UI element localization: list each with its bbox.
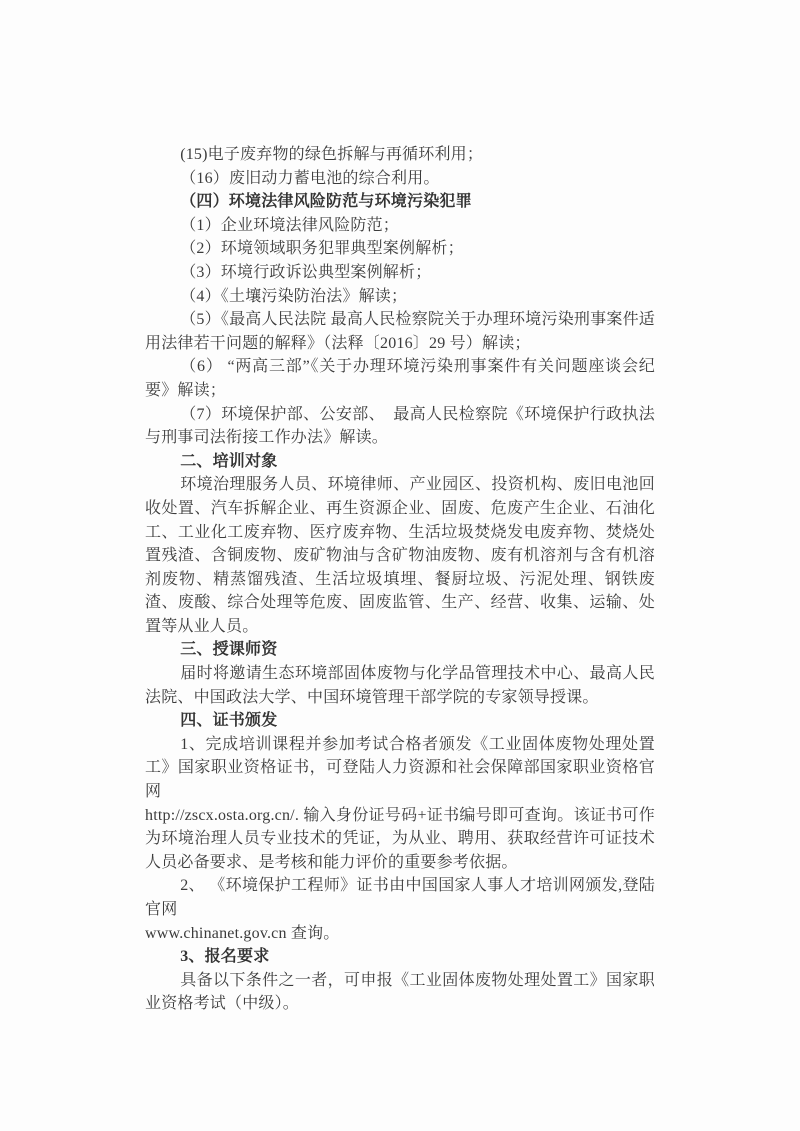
heading-section-four: （四）环境法律风险防范与环境污染犯罪 [145, 190, 655, 214]
paragraph-registration-requirements: 具备以下条件之一者，可申报《工业固体废物处理处置工》国家职业资格考试（中级）。 [145, 969, 655, 1016]
list-item-2: （2）环境领域职务犯罪典型案例解析； [145, 237, 655, 261]
heading-instructors: 三、授课师资 [145, 638, 655, 662]
list-item-4: （4）《土壤污染防治法》解读； [145, 285, 655, 309]
list-item-3: （3）环境行政诉讼典型案例解析； [145, 261, 655, 285]
list-item-7: （7）环境保护部、公安部、 最高人民检察院《环境保护行政执法与刑事司法衔接工作办… [145, 403, 655, 450]
heading-training-targets: 二、培训对象 [145, 450, 655, 474]
list-item-1: （1）企业环境法律风险防范； [145, 214, 655, 238]
heading-certificates: 四、证书颁发 [145, 709, 655, 733]
paragraph-certificate-1-url: http://zscx.osta.org.cn/. 输入身份证号码+证书编号即可… [145, 804, 655, 875]
list-item-6: （6） “两高三部”《关于办理环境污染刑事案件有关问题座谈会纪要》解读； [145, 355, 655, 402]
heading-registration-requirements: 3、报名要求 [145, 945, 655, 969]
paragraph-instructors: 届时将邀请生态环境部固体废物与化学品管理技术中心、最高人民法院、中国政法大学、中… [145, 662, 655, 709]
list-item-16: （16）废旧动力蓄电池的综合利用。 [145, 167, 655, 191]
paragraph-certificate-2-url: www.chinanet.gov.cn 查询。 [145, 922, 655, 946]
document-body: (15)电子废弃物的绿色拆解与再循环利用； （16）废旧动力蓄电池的综合利用。 … [145, 143, 655, 1016]
list-item-5: （5）《最高人民法院 最高人民检察院关于办理环境污染刑事案件适用法律若干问题的解… [145, 308, 655, 355]
paragraph-training-targets: 环境治理服务人员、环境律师、产业园区、投资机构、废旧电池回收处置、汽车拆解企业、… [145, 473, 655, 638]
paragraph-certificate-2: 2、 《环境保护工程师》证书由中国国家人事人才培训网颁发,登陆官网 [145, 874, 655, 921]
paragraph-certificate-1: 1、完成培训课程并参加考试合格者颁发《工业固体废物处理处置工》国家职业资格证书，… [145, 733, 655, 804]
list-item-15: (15)电子废弃物的绿色拆解与再循环利用； [145, 143, 655, 167]
document-page: (15)电子废弃物的绿色拆解与再循环利用； （16）废旧动力蓄电池的综合利用。 … [0, 0, 800, 1131]
